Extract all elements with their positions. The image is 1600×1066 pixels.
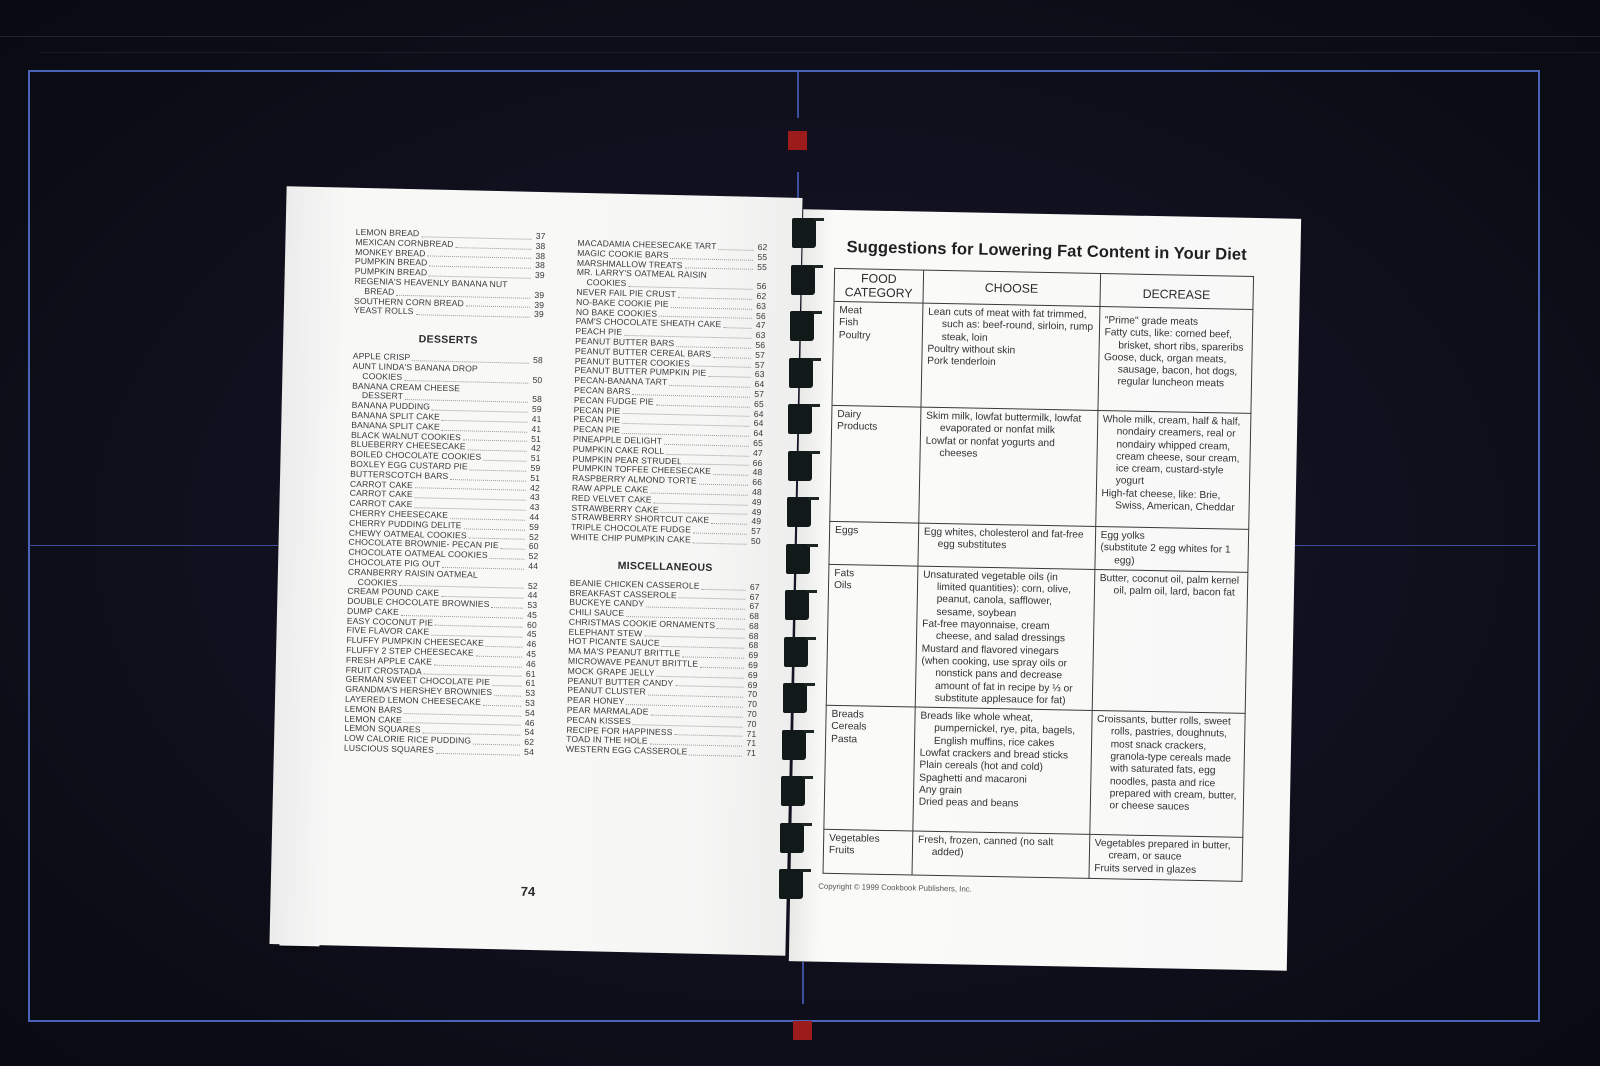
index-entry-page: 50 (749, 537, 761, 547)
cell-category: BreadsCerealsPasta (824, 705, 915, 831)
dot-leader (415, 314, 529, 318)
cell-decrease: "Prime" grade meatsFatty cuts, like: cor… (1098, 306, 1253, 413)
dot-leader (723, 327, 751, 329)
dot-leader (675, 686, 743, 689)
dot-leader (494, 695, 521, 697)
dot-leader (436, 753, 520, 756)
frame-crosshair-right (1262, 545, 1536, 546)
cell-text: Oils (834, 580, 912, 594)
cell-text: Fatty cuts, like: corned beef, brisket, … (1104, 327, 1247, 354)
cell-text: Butter, coconut oil, palm kernel oil, pa… (1099, 573, 1242, 600)
frame-crosshair-left (30, 545, 278, 546)
index-entry-page: 71 (744, 749, 756, 759)
fat-suggestions-table: FOOD CATEGORY CHOOSE DECREASE MeatFishPo… (823, 268, 1255, 882)
cell-choose: Fresh, frozen, canned (no salt added) (912, 831, 1090, 878)
cell-text: Lean cuts of meat with fat trimmed, such… (928, 307, 1094, 347)
cell-text: Vegetables prepared in butter, cream, or… (1094, 838, 1237, 865)
index-column-2: MACADAMIA CHEESECAKE TART62MAGIC COOKIE … (566, 239, 768, 759)
page-number: 74 (521, 884, 536, 899)
spiral-coil (786, 544, 810, 574)
index-entry-name: WHITE CHIP PUMPKIN CAKE (571, 533, 691, 546)
cell-text: High-fat cheese, like: Brie, Swiss, Amer… (1101, 488, 1244, 515)
cell-text: Goose, duck, organ meats, sausage, bacon… (1103, 352, 1246, 392)
cell-text: Breads like whole wheat, pumpernickel, r… (920, 711, 1086, 751)
dot-leader (492, 685, 521, 687)
dot-leader (463, 440, 527, 442)
cell-decrease: Butter, coconut oil, palm kernel oil, pa… (1092, 569, 1248, 713)
index-entry-name: YEAST ROLLS (354, 306, 414, 317)
table-row: DairyProductsSkim milk, lowfat buttermil… (830, 405, 1251, 529)
cell-text: Poultry (839, 330, 917, 344)
dot-leader (699, 484, 748, 486)
spiral-coil (792, 218, 816, 248)
cell-decrease: Egg yolks(substitute 2 egg whites for 1 … (1094, 526, 1248, 572)
cell-category: DairyProducts (830, 405, 921, 523)
cell-choose: Egg whites, cholesterol and fat-free egg… (918, 523, 1096, 569)
index-entry-name: WESTERN EGG CASSEROLE (566, 745, 688, 758)
dot-leader (464, 528, 525, 530)
dot-leader (679, 598, 746, 601)
cell-category: VegetablesFruits (823, 829, 913, 875)
dot-leader (708, 376, 750, 378)
dot-leader (711, 523, 747, 525)
dot-leader (713, 474, 748, 476)
cell-choose: Lean cuts of meat with fat trimmed, such… (921, 303, 1100, 410)
left-page-index: LEMON BREAD37MEXICAN CORNBREAD38MONKEY B… (269, 186, 802, 956)
cell-text: Dried peas and beans (919, 797, 1085, 812)
dot-leader (491, 607, 523, 609)
cell-decrease: Vegetables prepared in butter, cream, or… (1089, 835, 1243, 882)
dot-leader (466, 306, 530, 308)
spiral-coil (788, 451, 812, 481)
index-entry-page: 58 (531, 356, 543, 366)
dot-leader (501, 548, 525, 550)
spiral-coil (779, 869, 803, 899)
spiral-coil (788, 404, 812, 434)
index-entry-page: 44 (526, 562, 538, 572)
cell-text: Egg whites, cholesterol and fat-free egg… (924, 527, 1090, 555)
dot-leader (490, 558, 525, 560)
cell-text: Fish (839, 317, 917, 331)
cell-text: Cereals (831, 721, 909, 735)
cell-text: Croissants, butter rolls, sweet rolls, p… (1095, 714, 1239, 815)
dot-leader (702, 588, 746, 590)
desserts-list: APPLE CRISP58AUNT LINDA'S BANANA DROPCOO… (344, 352, 543, 758)
cell-text: (substitute 2 egg whites for 1 egg) (1100, 542, 1243, 569)
cell-text: Fruits (829, 845, 907, 859)
cell-text: Fresh, frozen, canned (no salt added) (918, 835, 1084, 863)
dot-leader (473, 744, 520, 746)
dot-leader (476, 656, 522, 658)
cell-text: Fat-free mayonnaise, cream cheese, and s… (922, 619, 1088, 647)
cell-text: (when cooking, use spray oils or nonstic… (921, 656, 1088, 708)
cell-text: Lowfat or nonfat yogurts and cheeses (925, 435, 1091, 463)
cell-choose: Breads like whole wheat, pumpernickel, r… (913, 707, 1092, 834)
table-row: VegetablesFruitsFresh, frozen, canned (n… (823, 829, 1243, 881)
dot-leader (483, 705, 521, 707)
index-entry-page: 39 (533, 271, 545, 281)
index-entry-page: 50 (530, 376, 542, 386)
table-row: FatsOilsUnsaturated vegetable oils (in l… (826, 564, 1248, 713)
spiral-coil (780, 823, 804, 853)
dot-leader (700, 667, 744, 669)
dot-leader (718, 249, 753, 251)
cell-decrease: Whole milk, cream, half & half, nondairy… (1095, 410, 1251, 529)
miscellaneous-list: BEANIE CHICKEN CASSEROLE67BREAKFAST CASS… (566, 578, 760, 759)
frame-crosshair-bottom (802, 962, 804, 1004)
spiral-coil (783, 683, 807, 713)
header-choose: CHOOSE (923, 270, 1100, 306)
page-title: Suggestions for Lowering Fat Content in … (846, 238, 1247, 265)
spiral-coil (782, 730, 806, 760)
scan-streak (40, 52, 1600, 53)
spiral-coil (785, 590, 809, 620)
cell-category: MeatFishPoultry (832, 301, 923, 407)
dot-leader (717, 628, 745, 630)
table-row: MeatFishPoultryLean cuts of meat with fa… (832, 301, 1253, 413)
dot-leader (486, 646, 523, 648)
cell-choose: Skim milk, lowfat buttermilk, lowfat eva… (919, 407, 1098, 526)
spiral-coil (784, 637, 808, 667)
registration-marker-top (788, 131, 807, 150)
index-entry-page: 54 (522, 748, 534, 758)
dot-leader (713, 357, 751, 359)
cell-text: Fruits served in glazes (1094, 863, 1237, 878)
dot-leader (674, 735, 742, 738)
header-decrease: DECREASE (1100, 274, 1254, 310)
header-food-category: FOOD CATEGORY (834, 268, 923, 303)
spiral-coil (791, 265, 815, 295)
index-entry-page: 55 (755, 262, 767, 272)
dot-leader (470, 469, 527, 471)
cell-category: FatsOils (826, 564, 918, 707)
registration-marker-bottom (793, 1021, 812, 1040)
index-entry-name: LUSCIOUS SQUARES (344, 744, 434, 756)
cell-text: Products (837, 421, 915, 435)
spiral-coil (781, 776, 805, 806)
cell-text: Skim milk, lowfat buttermilk, lowfat eva… (926, 411, 1092, 439)
cell-text: Unsaturated vegetable oils (in limited q… (922, 570, 1089, 622)
cell-category: Eggs (829, 521, 919, 566)
dot-leader (483, 460, 526, 462)
cell-text: Pork tenderloin (927, 356, 1093, 371)
cell-text: Eggs (835, 525, 913, 539)
copyright-notice: Copyright © 1999 Cookbook Publishers, In… (818, 882, 972, 894)
index-column-1: LEMON BREAD37MEXICAN CORNBREAD38MONKEY B… (344, 228, 546, 758)
cell-text: Pasta (831, 734, 909, 748)
cell-decrease: Croissants, butter rolls, sweet rolls, p… (1089, 711, 1245, 838)
cell-choose: Unsaturated vegetable oils (in limited q… (915, 566, 1094, 711)
dot-leader (689, 755, 742, 757)
desserts-continued-list: MACADAMIA CHEESECAKE TART62MAGIC COOKIE … (571, 239, 768, 547)
table-row: BreadsCerealsPastaBreads like whole whea… (824, 705, 1245, 837)
right-page-diet-suggestions: Suggestions for Lowering Fat Content in … (789, 209, 1301, 970)
frame-crosshair-top (797, 72, 799, 118)
breads-list: LEMON BREAD37MEXICAN CORNBREAD38MONKEY B… (354, 228, 546, 320)
dot-leader (693, 542, 747, 544)
scan-streak (0, 36, 1600, 37)
index-entry-page: 39 (532, 310, 544, 320)
spiral-coil (787, 497, 811, 527)
cell-text: Whole milk, cream, half & half, nondairy… (1102, 414, 1246, 491)
section-heading-desserts: DESSERTS (353, 332, 543, 348)
dot-leader (693, 532, 747, 534)
spiral-coil (789, 358, 813, 388)
section-heading-miscellaneous: MISCELLANEOUS (570, 558, 760, 574)
spiral-coil (790, 311, 814, 341)
